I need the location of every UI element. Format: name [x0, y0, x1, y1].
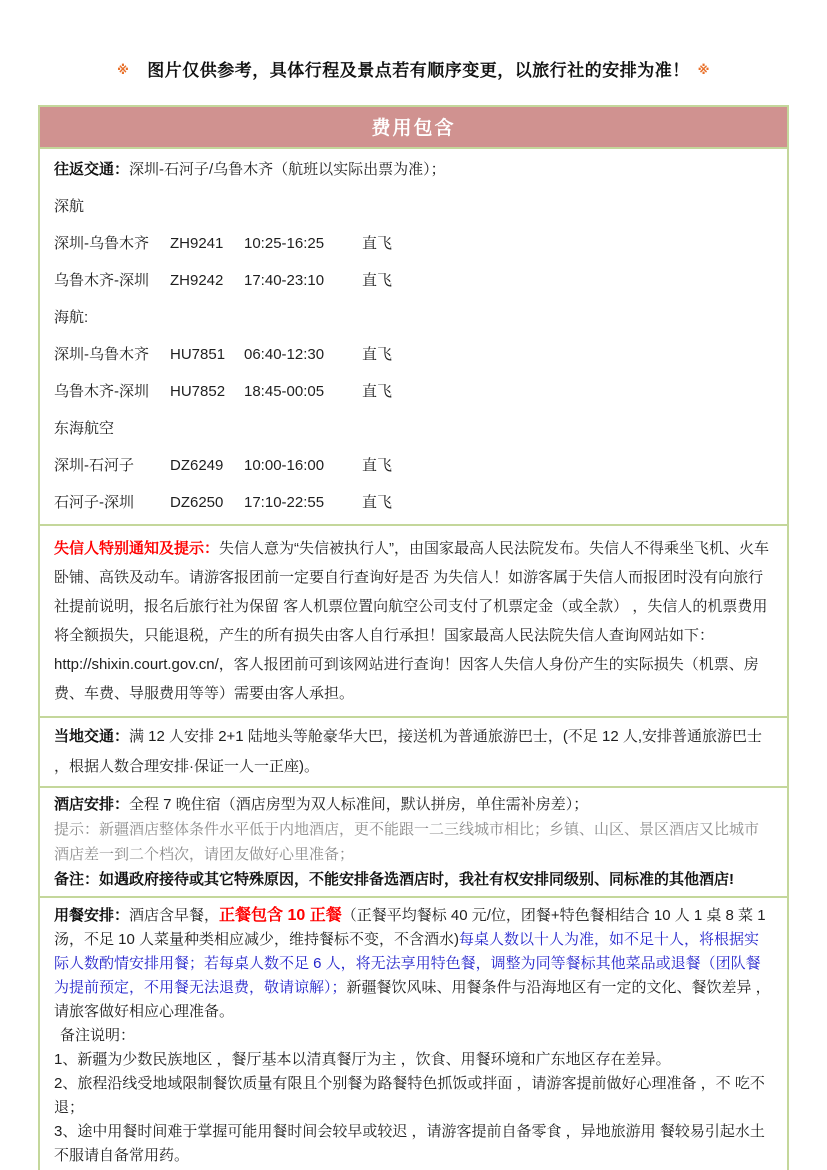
flight-number: ZH9242 [170, 272, 244, 290]
meal-note-item: 2、旅程沿线受地域限制餐饮质量有限且个别餐为路餐特色抓饭或拌面 ，请游客提前做好… [54, 1072, 773, 1120]
flight-route: 深圳-乌鲁木齐 [54, 346, 170, 364]
meal-label: 用餐安排： [54, 907, 129, 924]
flight-number: DZ6250 [170, 494, 244, 512]
section-local-transport: 当地交通：满 12 人安排 2+1 陆地头等舱豪华大巴，接送机为普通旅游巴士，(… [40, 716, 787, 786]
fee-include-table: 费用包含 往返交通：深圳-石河子/乌鲁木齐（航班以实际出票为准）； 深航 深圳-… [38, 105, 789, 1170]
meal-note-item: 1、新疆为少数民族地区 ，餐厅基本以清真餐厅为主 ，饮食、用餐环境和广东地区存在… [54, 1048, 773, 1072]
flight-time: 18:45-00:05 [244, 383, 362, 401]
flight-row: 石河子-深圳 DZ6250 17:10-22:55 直飞 [54, 494, 773, 512]
hotel-tip: 提示：新疆酒店整体条件水平低于内地酒店，更不能跟一二三线城市相比；乡镇、山区、景… [54, 817, 773, 867]
local-transport-text: 满 12 人安排 2+1 陆地头等舱豪华大巴，接送机为普通旅游巴士，(不足 12… [54, 728, 762, 775]
roundtrip-intro: 往返交通：深圳-石河子/乌鲁木齐（航班以实际出票为准）； [54, 161, 773, 179]
meal-paragraph: 用餐安排：酒店含早餐，正餐包含 10 正餐（正餐平均餐标 40 元/位，团餐+特… [54, 904, 773, 1024]
flight-type: 直飞 [362, 346, 392, 364]
flight-type: 直飞 [362, 494, 392, 512]
flight-row: 深圳-乌鲁木齐 HU7851 06:40-12:30 直飞 [54, 346, 773, 364]
flight-time: 17:40-23:10 [244, 272, 362, 290]
meal-notes-title: 备注说明： [54, 1024, 773, 1048]
flight-number: ZH9241 [170, 235, 244, 253]
roundtrip-label: 往返交通： [54, 161, 129, 178]
flight-route: 乌鲁木齐-深圳 [54, 272, 170, 290]
carrier-name: 深航 [54, 198, 773, 216]
flight-row: 乌鲁木齐-深圳 HU7852 18:45-00:05 直飞 [54, 383, 773, 401]
carrier-name: 海航: [54, 309, 773, 327]
flight-number: HU7851 [170, 346, 244, 364]
flight-time: 10:00-16:00 [244, 457, 362, 475]
meal-note-item: 3、途中用餐时间难于掌握可能用餐时间会较早或较迟 ，请游客提前自备零食 ，异地旅… [54, 1120, 773, 1168]
hotel-main-line: 酒店安排：全程 7 晚住宿（酒店房型为双人标准间，默认拼房，单住需补房差）； [54, 792, 773, 817]
section-meals: 用餐安排：酒店含早餐，正餐包含 10 正餐（正餐平均餐标 40 元/位，团餐+特… [40, 896, 787, 1170]
defaulter-notice-text: 失信人意为“失信被执行人”，由国家最高人民法院发布。失信人不得乘坐飞机、火车卧铺… [54, 540, 769, 702]
flight-time: 10:25-16:25 [244, 235, 362, 253]
flight-row: 深圳-乌鲁木齐 ZH9241 10:25-16:25 直飞 [54, 235, 773, 253]
fee-include-body: 往返交通：深圳-石河子/乌鲁木齐（航班以实际出票为准）； 深航 深圳-乌鲁木齐 … [38, 149, 789, 1170]
roundtrip-intro-text: 深圳-石河子/乌鲁木齐（航班以实际出票为准）； [129, 161, 446, 178]
flight-route: 乌鲁木齐-深圳 [54, 383, 170, 401]
local-transport-label: 当地交通： [54, 728, 129, 745]
section-defaulter-notice: 失信人特别通知及提示：失信人意为“失信被执行人”，由国家最高人民法院发布。失信人… [40, 524, 787, 716]
flight-row: 深圳-石河子 DZ6249 10:00-16:00 直飞 [54, 457, 773, 475]
asterisk-marker-icon: ※ [698, 63, 710, 77]
flight-type: 直飞 [362, 272, 392, 290]
meal-highlight: 正餐包含 10 正餐 [219, 907, 342, 924]
flight-route: 深圳-乌鲁木齐 [54, 235, 170, 253]
flight-type: 直飞 [362, 383, 392, 401]
top-disclaimer: ※图片仅供参考，具体行程及景点若有顺序变更，以旅行社的安排为准！※ [0, 56, 827, 81]
hotel-label: 酒店安排： [54, 796, 129, 813]
carrier-name: 东海航空 [54, 420, 773, 438]
flight-row: 乌鲁木齐-深圳 ZH9242 17:40-23:10 直飞 [54, 272, 773, 290]
hotel-text: 全程 7 晚住宿（酒店房型为双人标准间，默认拼房，单住需补房差）； [129, 796, 588, 813]
section-header-bar: 费用包含 [38, 105, 789, 149]
flight-type: 直飞 [362, 457, 392, 475]
asterisk-marker-icon: ※ [117, 63, 129, 77]
meal-pre-text: 酒店含早餐， [129, 907, 219, 924]
flight-type: 直飞 [362, 235, 392, 253]
flight-number: DZ6249 [170, 457, 244, 475]
flight-time: 17:10-22:55 [244, 494, 362, 512]
flight-route: 深圳-石河子 [54, 457, 170, 475]
section-header-title: 费用包含 [371, 118, 455, 139]
section-hotel: 酒店安排：全程 7 晚住宿（酒店房型为双人标准间，默认拼房，单住需补房差）； 提… [40, 786, 787, 896]
top-disclaimer-text: 图片仅供参考，具体行程及景点若有顺序变更，以旅行社的安排为准！ [147, 61, 690, 80]
defaulter-notice-label: 失信人特别通知及提示： [54, 540, 219, 557]
hotel-note: 备注：如遇政府接待或其它特殊原因，不能安排备选酒店时，我社有权安排同级别、同标准… [54, 867, 773, 892]
flight-route: 石河子-深圳 [54, 494, 170, 512]
section-roundtrip-transport: 往返交通：深圳-石河子/乌鲁木齐（航班以实际出票为准）； 深航 深圳-乌鲁木齐 … [40, 149, 787, 524]
flight-number: HU7852 [170, 383, 244, 401]
flight-time: 06:40-12:30 [244, 346, 362, 364]
